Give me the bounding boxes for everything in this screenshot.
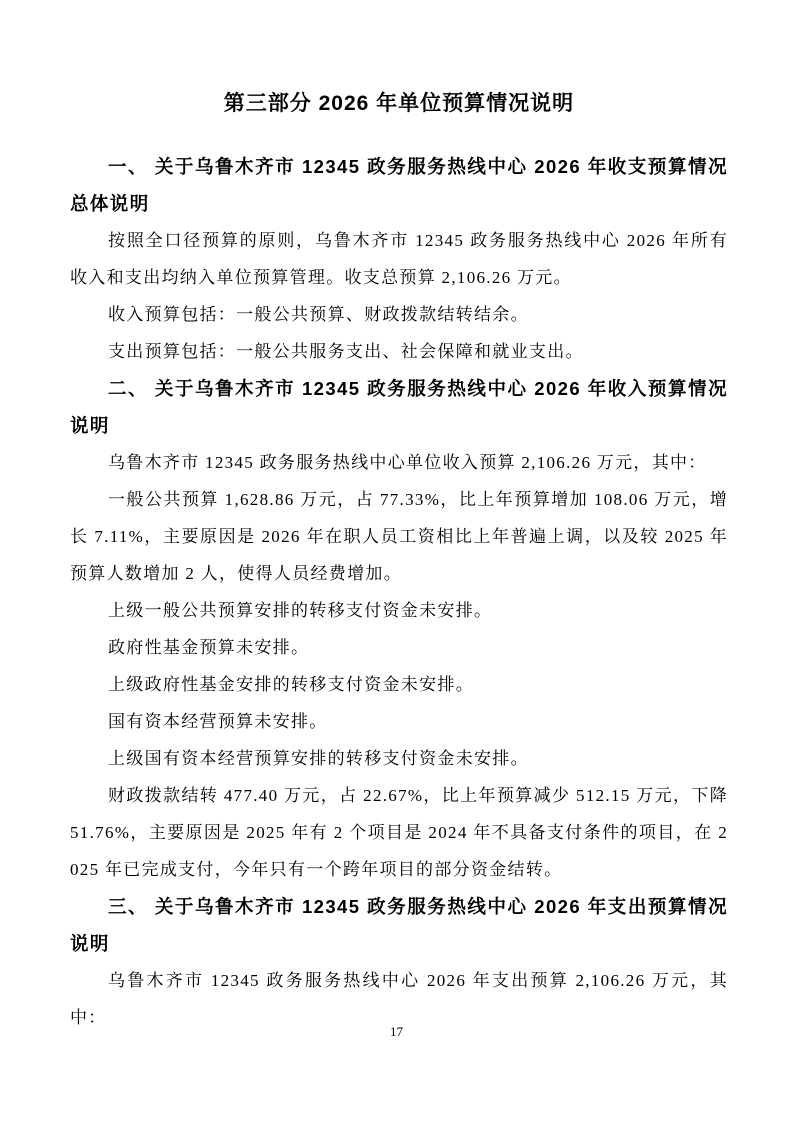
section-heading-3: 三、 关于乌鲁木齐市 12345 政务服务热线中心 2026 年支出预算情况说明 — [70, 888, 728, 962]
page-number: 17 — [0, 1022, 793, 1042]
paragraph-gov-fund: 政府性基金预算未安排。 — [70, 629, 728, 666]
paragraph-state-capital: 国有资本经营预算未安排。 — [70, 703, 728, 740]
paragraph-transfer-payment-gov-fund: 上级政府性基金安排的转移支付资金未安排。 — [70, 666, 728, 703]
document-title: 第三部分 2026 年单位预算情况说明 — [70, 88, 728, 120]
section-heading-2: 二、 关于乌鲁木齐市 12345 政务服务热线中心 2026 年收入预算情况说明 — [70, 370, 728, 444]
paragraph-carryover-funds: 财政拨款结转 477.40 万元，占 22.67%，比上年预算减少 512.15… — [70, 777, 728, 888]
paragraph-overall-budget: 按照全口径预算的原则，乌鲁木齐市 12345 政务服务热线中心 2026 年所有… — [70, 222, 728, 296]
paragraph-general-public-budget: 一般公共预算 1,628.86 万元，占 77.33%，比上年预算增加 108.… — [70, 481, 728, 592]
paragraph-income-scope: 收入预算包括：一般公共预算、财政拨款结转结余。 — [70, 296, 728, 333]
document-page: 第三部分 2026 年单位预算情况说明 一、 关于乌鲁木齐市 12345 政务服… — [0, 0, 793, 1122]
paragraph-expense-scope: 支出预算包括：一般公共服务支出、社会保障和就业支出。 — [70, 333, 728, 370]
paragraph-transfer-payment-general: 上级一般公共预算安排的转移支付资金未安排。 — [70, 592, 728, 629]
paragraph-transfer-payment-state-capital: 上级国有资本经营预算安排的转移支付资金未安排。 — [70, 740, 728, 777]
document-body: 第三部分 2026 年单位预算情况说明 一、 关于乌鲁木齐市 12345 政务服… — [70, 88, 728, 1036]
section-heading-1: 一、 关于乌鲁木齐市 12345 政务服务热线中心 2026 年收支预算情况总体… — [70, 148, 728, 222]
paragraph-income-total: 乌鲁木齐市 12345 政务服务热线中心单位收入预算 2,106.26 万元，其… — [70, 444, 728, 481]
